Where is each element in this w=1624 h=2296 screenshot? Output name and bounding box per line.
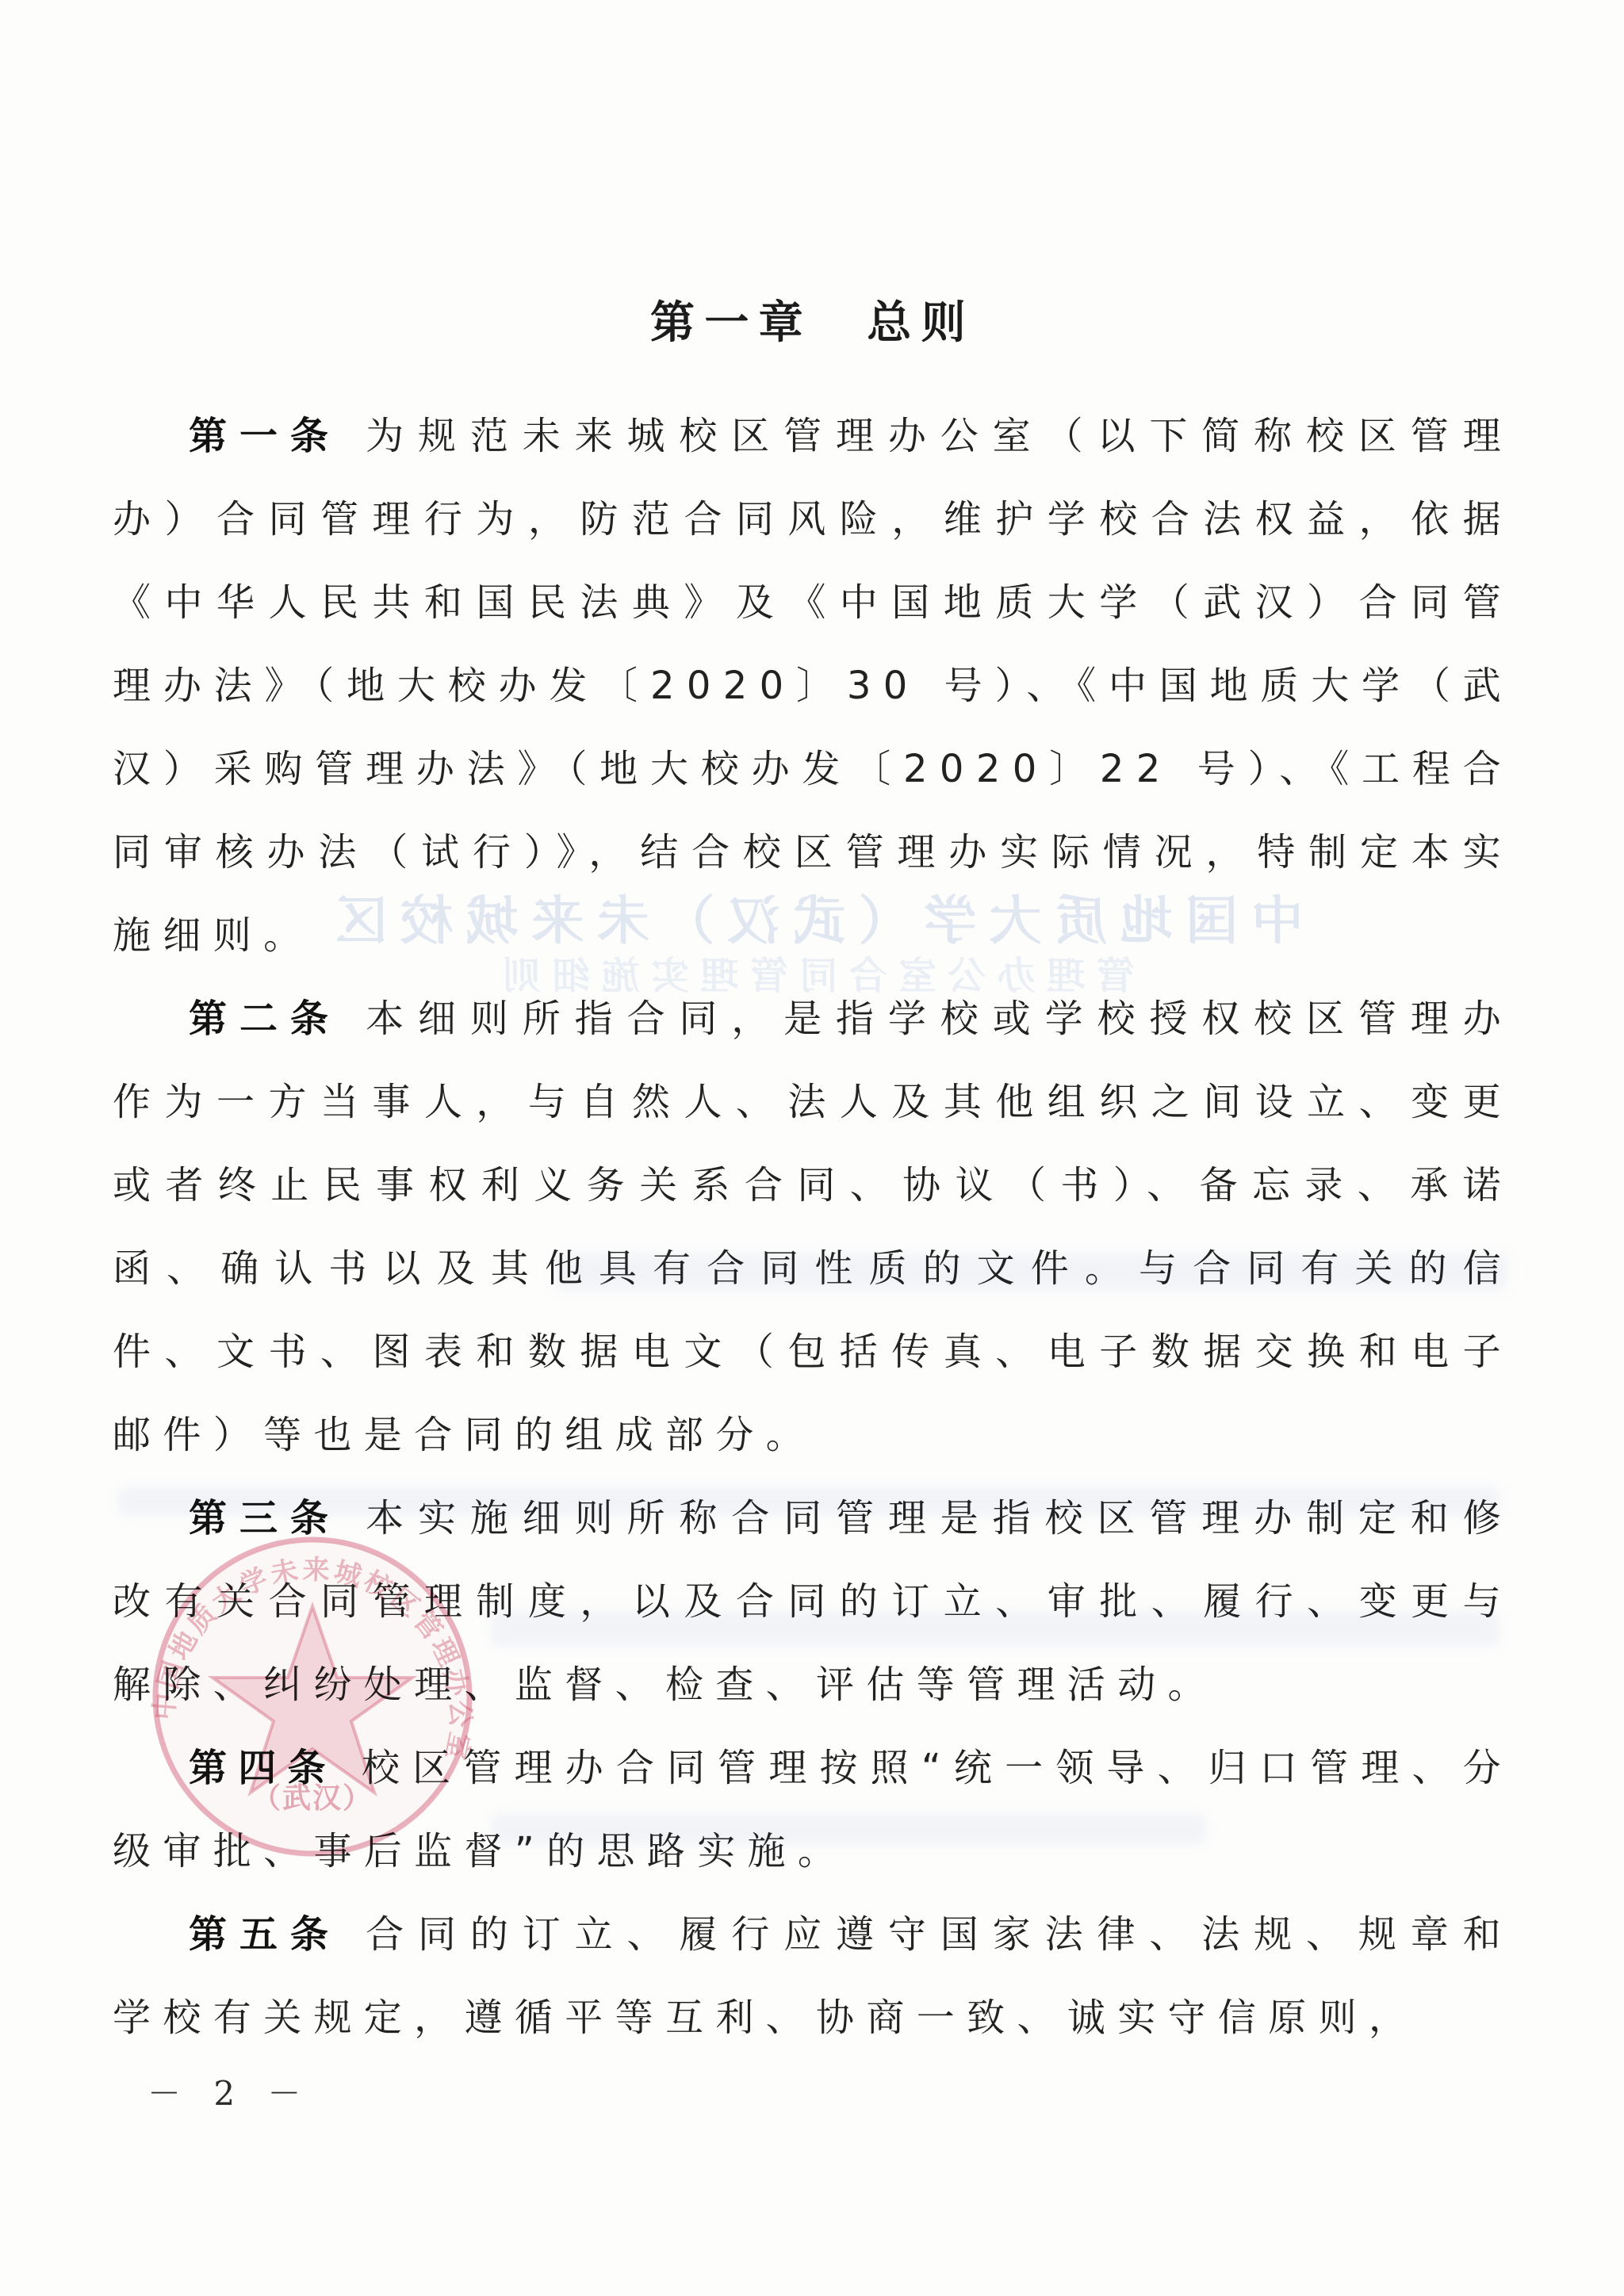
article-2-label: 第二条	[189, 997, 341, 1041]
page-number: － 2 －	[147, 2068, 312, 2115]
article-1-text: 为规范未来城校区管理办公室（以下简称校区管理办）合同管理行为，防范合同风险，维护…	[113, 414, 1513, 958]
article-4-label: 第四条	[189, 1746, 337, 1790]
article-3: 第三条本实施细则所称合同管理是指校区管理办制定和修改有关合同管理制度，以及合同的…	[113, 1477, 1513, 1727]
chapter-title: 第一章 总则	[113, 293, 1513, 354]
article-5-label: 第五条	[189, 1912, 341, 1957]
article-2-text: 本细则所指合同，是指学校或学校授权校区管理办作为一方当事人，与自然人、法人及其他…	[113, 997, 1513, 1457]
article-2: 第二条本细则所指合同，是指学校或学校授权校区管理办作为一方当事人，与自然人、法人…	[113, 978, 1513, 1477]
article-1: 第一条为规范未来城校区管理办公室（以下简称校区管理办）合同管理行为，防范合同风险…	[113, 395, 1513, 978]
article-3-label: 第三条	[189, 1496, 341, 1540]
document-page: 第一章 总则 第一条为规范未来城校区管理办公室（以下简称校区管理办）合同管理行为…	[113, 293, 1513, 2060]
article-5: 第五条合同的订立、履行应遵守国家法律、法规、规章和学校有关规定，遵循平等互利、协…	[113, 1893, 1513, 2060]
article-1-label: 第一条	[189, 414, 341, 458]
article-4: 第四条校区管理办合同管理按照“统一领导、归口管理、分级审批、事后监督”的思路实施…	[113, 1727, 1513, 1893]
